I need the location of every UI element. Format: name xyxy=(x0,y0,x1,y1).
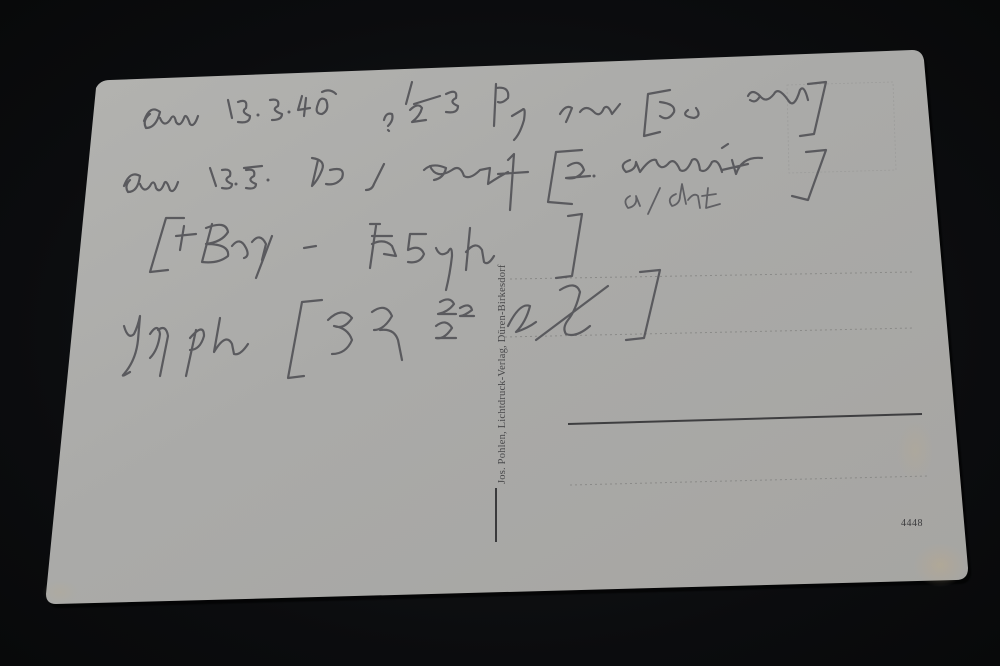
card-number: 4448 xyxy=(901,518,923,529)
publisher-imprint: Jos. Pohlen, Lichtdruck-Verlag, Düren-Bi… xyxy=(497,264,508,484)
photo-scene: Jos. Pohlen, Lichtdruck-Verlag, Düren-Bi… xyxy=(0,0,1000,666)
postcard: Jos. Pohlen, Lichtdruck-Verlag, Düren-Bi… xyxy=(0,0,1000,666)
